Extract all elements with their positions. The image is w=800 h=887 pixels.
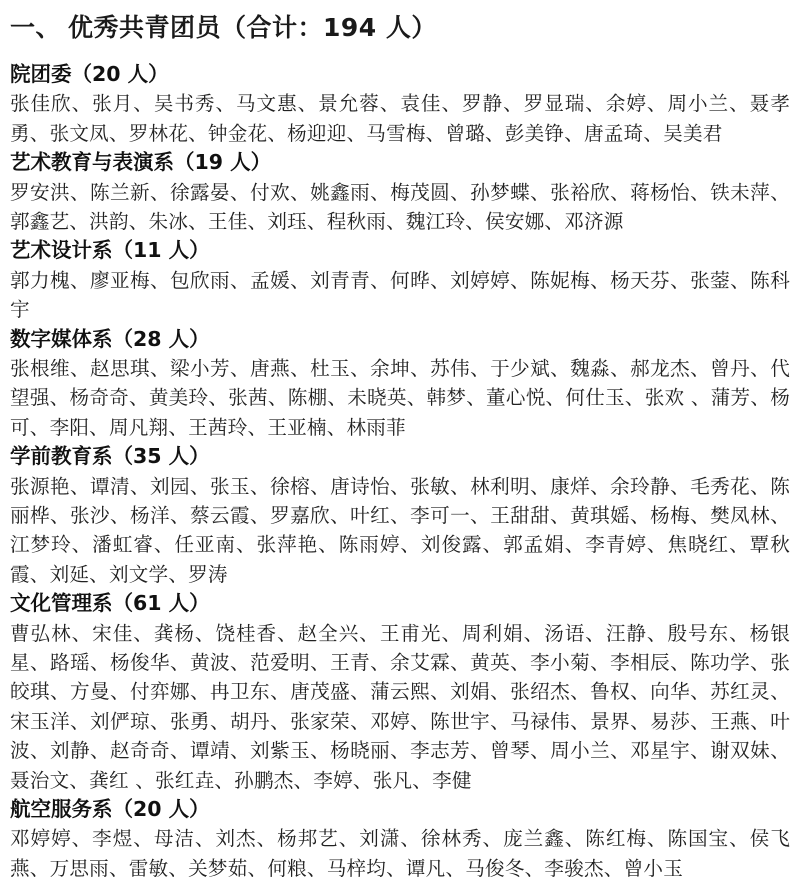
section-digital-media: 数字媒体系（28 人） 张根维、赵思琪、梁小芳、唐燕、杜玉、余坤、苏伟、于少斌、… — [10, 325, 790, 443]
section-heading: 航空服务系（20 人） — [10, 795, 790, 824]
section-heading: 艺术教育与表演系（19 人） — [10, 148, 790, 177]
name-list: 张佳欣、张月、吴书秀、马文惠、景允蓉、袁佳、罗静、罗显瑞、余婷、周小兰、聂孝勇、… — [10, 89, 790, 148]
section-heading: 数字媒体系（28 人） — [10, 325, 790, 354]
section-cultural-management: 文化管理系（61 人） 曹弘林、宋佳、龚杨、饶桂香、赵全兴、王甫光、周利娟、汤语… — [10, 589, 790, 795]
name-list: 张源艳、谭清、刘园、张玉、徐榕、唐诗怡、张敏、林利明、康烊、余玲静、毛秀花、陈丽… — [10, 472, 790, 590]
name-list: 郭力槐、廖亚梅、包欣雨、孟媛、刘青青、何晔、刘婷婷、陈妮梅、杨天芬、张蓥、陈科宇 — [10, 266, 790, 325]
title-text: 优秀共青团员（合计：194 人） — [68, 13, 437, 42]
section-youth-league-committee: 院团委（20 人） 张佳欣、张月、吴书秀、马文惠、景允蓉、袁佳、罗静、罗显瑞、余… — [10, 60, 790, 148]
name-list: 张根维、赵思琪、梁小芳、唐燕、杜玉、余坤、苏伟、于少斌、魏淼、郝龙杰、曾丹、代望… — [10, 354, 790, 442]
section-art-education-performance: 艺术教育与表演系（19 人） 罗安洪、陈兰新、徐露晏、付欢、姚鑫雨、梅茂圆、孙梦… — [10, 148, 790, 236]
section-aviation-service: 航空服务系（20 人） 邓婷婷、李煜、母洁、刘杰、杨邦艺、刘潇、徐林秀、庞兰鑫、… — [10, 795, 790, 883]
document-page: 一、优秀共青团员（合计：194 人） 院团委（20 人） 张佳欣、张月、吴书秀、… — [0, 0, 800, 883]
section-heading: 艺术设计系（11 人） — [10, 236, 790, 265]
title-number: 一、 — [10, 8, 68, 48]
section-art-design: 艺术设计系（11 人） 郭力槐、廖亚梅、包欣雨、孟媛、刘青青、何晔、刘婷婷、陈妮… — [10, 236, 790, 324]
document-title: 一、优秀共青团员（合计：194 人） — [10, 8, 790, 48]
section-heading: 文化管理系（61 人） — [10, 589, 790, 618]
section-preschool-education: 学前教育系（35 人） 张源艳、谭清、刘园、张玉、徐榕、唐诗怡、张敏、林利明、康… — [10, 442, 790, 589]
name-list: 罗安洪、陈兰新、徐露晏、付欢、姚鑫雨、梅茂圆、孙梦蝶、张裕欣、蒋杨怡、铁未萍、郭… — [10, 178, 790, 237]
name-list: 邓婷婷、李煜、母洁、刘杰、杨邦艺、刘潇、徐林秀、庞兰鑫、陈红梅、陈国宝、侯飞燕、… — [10, 824, 790, 883]
section-heading: 学前教育系（35 人） — [10, 442, 790, 471]
name-list: 曹弘林、宋佳、龚杨、饶桂香、赵全兴、王甫光、周利娟、汤语、汪静、殷号东、杨银星、… — [10, 619, 790, 795]
section-heading: 院团委（20 人） — [10, 60, 790, 89]
